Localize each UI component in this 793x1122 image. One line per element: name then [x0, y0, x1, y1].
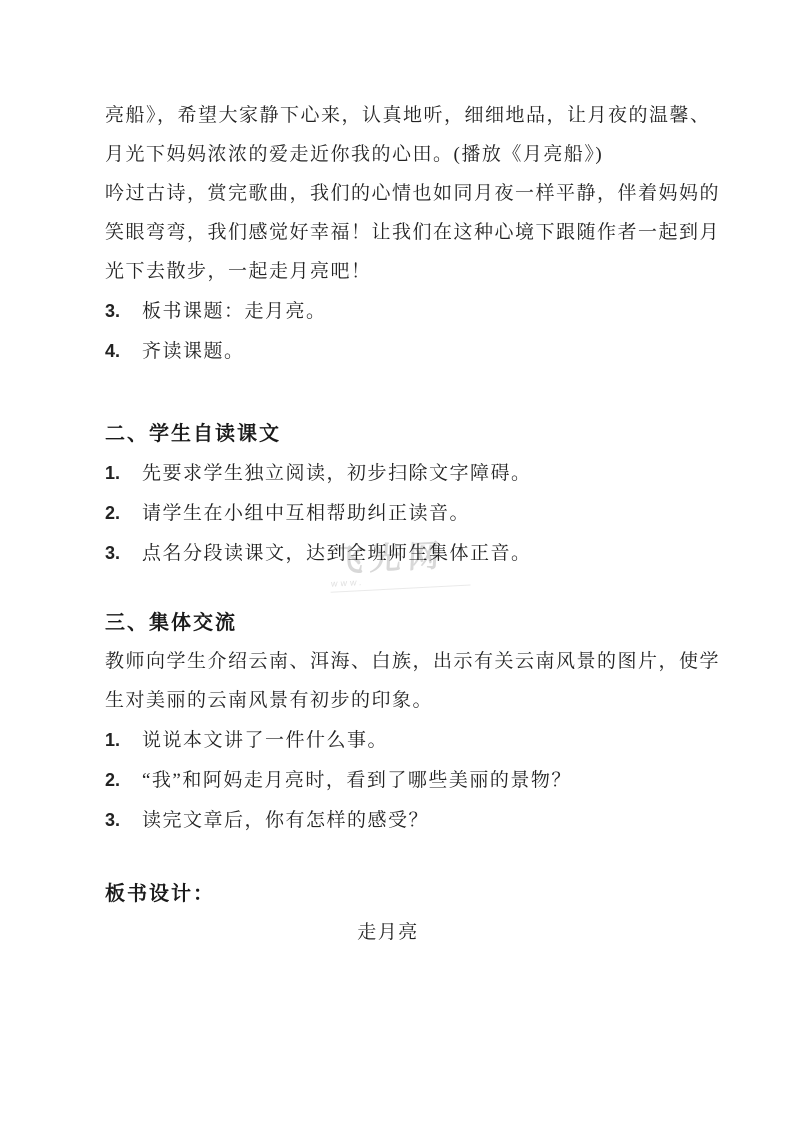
- text-line: 教师向学生介绍云南、洱海、白族，出示有关云南风景的图片，使学: [105, 649, 671, 675]
- numbered-item: 3.板书课题：走月亮。: [105, 298, 671, 325]
- item-text: 点名分段读课文，达到全班师生集体正音。: [142, 543, 532, 564]
- item-text: 说说本文讲了一件什么事。: [142, 730, 388, 751]
- numbered-item: 3.读完文章后，你有怎样的感受？: [105, 807, 671, 834]
- section-heading: 三、集体交流: [105, 610, 671, 636]
- board-design-title: 走月亮: [105, 920, 671, 946]
- item-number: 3.: [105, 540, 142, 566]
- item-text: “我”和阿妈走月亮时，看到了哪些美丽的景物？: [142, 770, 572, 791]
- numbered-item: 2.请学生在小组中互相帮助纠正读音。: [105, 500, 671, 527]
- item-number: 2.: [105, 767, 142, 793]
- text-line: 吟过古诗，赏完歌曲，我们的心情也如同月夜一样平静，伴着妈妈的: [105, 181, 671, 207]
- document-body: 亮船》，希望大家静下心来，认真地听，细细地品，让月夜的温馨、月光下妈妈浓浓的爱走…: [105, 0, 671, 959]
- numbered-item: 2.“我”和阿妈走月亮时，看到了哪些美丽的景物？: [105, 767, 671, 794]
- item-number: 4.: [105, 338, 142, 364]
- text-line: 生对美丽的云南风景有初步的印象。: [105, 688, 671, 714]
- item-number: 3.: [105, 298, 142, 324]
- text-line: 光下去散步，一起走月亮吧！: [105, 259, 671, 285]
- numbered-item: 1.说说本文讲了一件什么事。: [105, 727, 671, 754]
- numbered-item: 3.点名分段读课文，达到全班师生集体正音。: [105, 540, 671, 567]
- item-number: 2.: [105, 500, 142, 526]
- numbered-item: 4.齐读课题。: [105, 338, 671, 365]
- section-heading: 板书设计：: [105, 881, 671, 907]
- document-page: 飞光网 www. 亮船》，希望大家静下心来，认真地听，细细地品，让月夜的温馨、月…: [0, 0, 793, 1122]
- section-heading: 二、学生自读课文: [105, 421, 671, 447]
- text-line: 月光下妈妈浓浓的爱走近你我的心田。(播放《月亮船》): [105, 142, 671, 168]
- item-number: 1.: [105, 460, 142, 486]
- item-number: 3.: [105, 807, 142, 833]
- text-line: 亮船》，希望大家静下心来，认真地听，细细地品，让月夜的温馨、: [105, 103, 671, 129]
- item-text: 请学生在小组中互相帮助纠正读音。: [142, 503, 470, 524]
- item-text: 齐读课题。: [142, 341, 245, 362]
- item-number: 1.: [105, 727, 142, 753]
- item-text: 读完文章后，你有怎样的感受？: [142, 810, 429, 831]
- numbered-item: 1.先要求学生独立阅读，初步扫除文字障碍。: [105, 460, 671, 487]
- item-text: 板书课题：走月亮。: [142, 301, 327, 322]
- text-line: 笑眼弯弯，我们感觉好幸福！让我们在这种心境下跟随作者一起到月: [105, 220, 671, 246]
- item-text: 先要求学生独立阅读，初步扫除文字障碍。: [142, 463, 532, 484]
